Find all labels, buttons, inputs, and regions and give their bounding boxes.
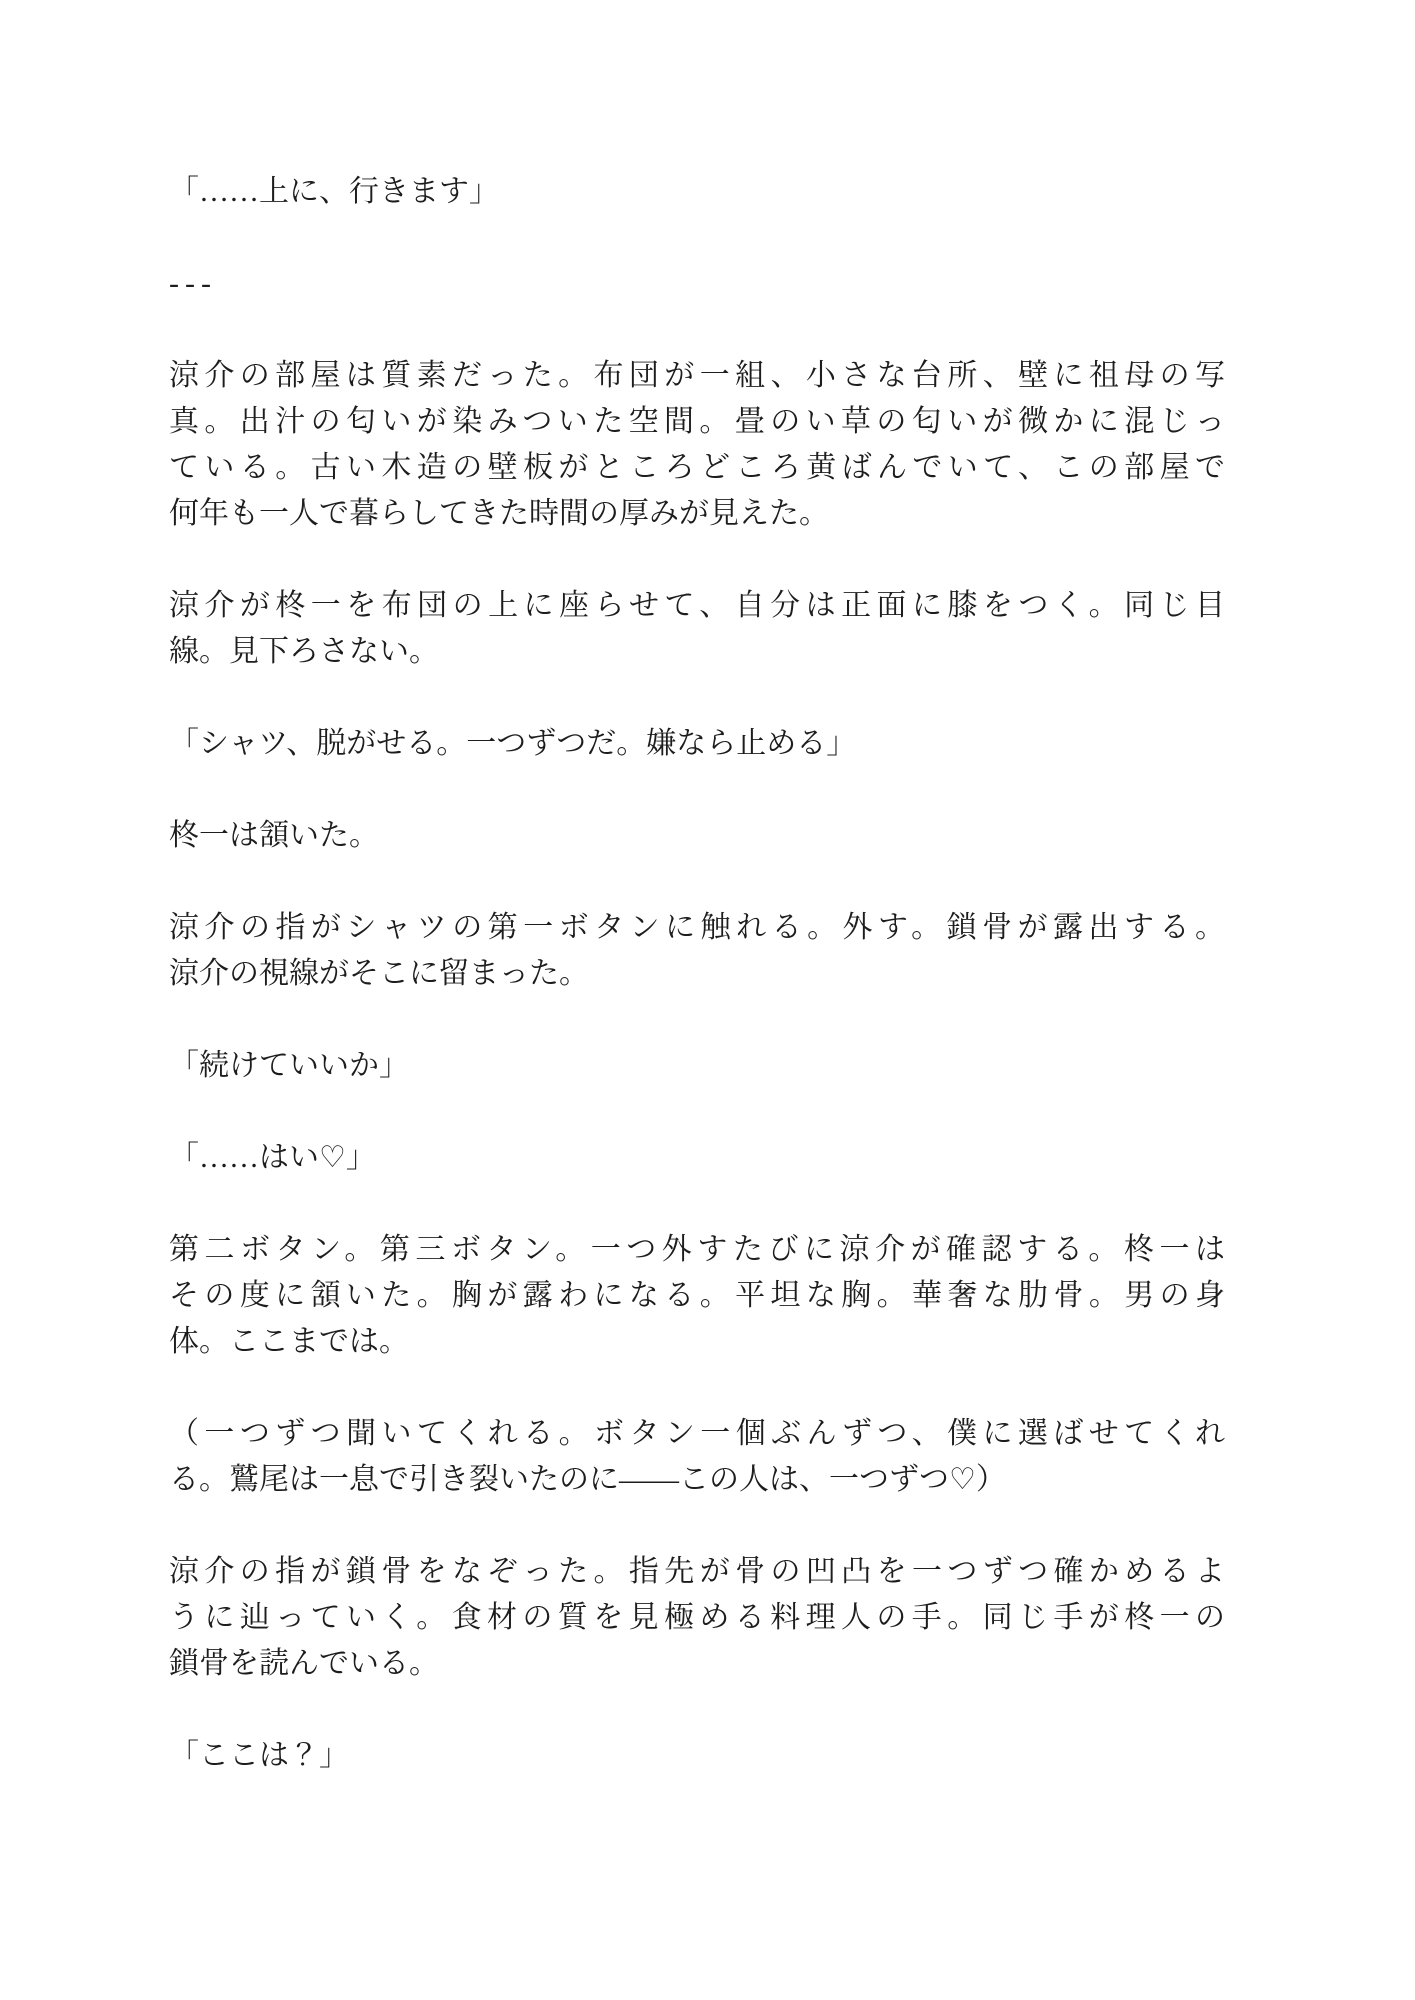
- text-line: 真。出汁の匂いが染みついた空間。畳のい草の匂いが微かに混じっ: [169, 399, 1225, 445]
- text-line: 涼介の指が鎖骨をなぞった。指先が骨の凹凸を一つずつ確かめるよ: [169, 1549, 1225, 1595]
- dialogue-line-2: 「シャツ、脱がせる。一つずつだ。嫌なら止める」: [169, 721, 1225, 767]
- text-line: 涼介の指がシャツの第一ボタンに触れる。外す。鎖骨が露出する。: [169, 905, 1225, 951]
- text-line: うに辿っていく。食材の質を見極める料理人の手。同じ手が柊一の: [169, 1595, 1225, 1641]
- dialogue-line-4: 「……はい♡」: [169, 1135, 1225, 1181]
- text-line: 鎖骨を読んでいる。: [169, 1641, 1225, 1687]
- text-line: その度に頷いた。胸が露わになる。平坦な胸。華奢な肋骨。男の身: [169, 1273, 1225, 1319]
- text-line: 「続けていいか」: [169, 1043, 1225, 1089]
- text-line: ---: [169, 261, 1225, 307]
- text-line: 「……はい♡」: [169, 1135, 1225, 1181]
- inner-monologue-paragraph: （一つずつ聞いてくれる。ボタン一個ぶんずつ、僕に選ばせてくれる。鷲尾は一息で引き…: [169, 1411, 1225, 1503]
- text-line: 何年も一人で暮らしてきた時間の厚みが見えた。: [169, 491, 1225, 537]
- text-line: （一つずつ聞いてくれる。ボタン一個ぶんずつ、僕に選ばせてくれ: [169, 1411, 1225, 1457]
- text-line: 「シャツ、脱がせる。一つずつだ。嫌なら止める」: [169, 721, 1225, 767]
- narrative-paragraph-5: 第二ボタン。第三ボタン。一つ外すたびに涼介が確認する。柊一はその度に頷いた。胸が…: [169, 1227, 1225, 1365]
- scene-separator: ---: [169, 261, 1225, 307]
- text-line: 涼介の部屋は質素だった。布団が一組、小さな台所、壁に祖母の写: [169, 353, 1225, 399]
- narrative-paragraph-3: 柊一は頷いた。: [169, 813, 1225, 859]
- text-line: ている。古い木造の壁板がところどころ黄ばんでいて、この部屋で: [169, 445, 1225, 491]
- text-line: 「ここは？」: [169, 1733, 1225, 1779]
- text-line: 柊一は頷いた。: [169, 813, 1225, 859]
- text-line: 第二ボタン。第三ボタン。一つ外すたびに涼介が確認する。柊一は: [169, 1227, 1225, 1273]
- dialogue-line-1: 「……上に、行きます」: [169, 169, 1225, 215]
- text-line: る。鷲尾は一息で引き裂いたのに——この人は、一つずつ♡）: [169, 1457, 1225, 1503]
- narrative-paragraph-4: 涼介の指がシャツの第一ボタンに触れる。外す。鎖骨が露出する。涼介の視線がそこに留…: [169, 905, 1225, 997]
- text-line: 涼介が柊一を布団の上に座らせて、自分は正面に膝をつく。同じ目: [169, 583, 1225, 629]
- dialogue-line-3: 「続けていいか」: [169, 1043, 1225, 1089]
- document-page: 「……上に、行きます」 --- 涼介の部屋は質素だった。布団が一組、小さな台所、…: [0, 0, 1415, 1779]
- narrative-paragraph-2: 涼介が柊一を布団の上に座らせて、自分は正面に膝をつく。同じ目線。見下ろさない。: [169, 583, 1225, 675]
- dialogue-line-5: 「ここは？」: [169, 1733, 1225, 1779]
- text-line: 涼介の視線がそこに留まった。: [169, 951, 1225, 997]
- text-line: 「……上に、行きます」: [169, 169, 1225, 215]
- narrative-paragraph-6: 涼介の指が鎖骨をなぞった。指先が骨の凹凸を一つずつ確かめるように辿っていく。食材…: [169, 1549, 1225, 1687]
- text-line: 体。ここまでは。: [169, 1319, 1225, 1365]
- narrative-paragraph-1: 涼介の部屋は質素だった。布団が一組、小さな台所、壁に祖母の写真。出汁の匂いが染み…: [169, 353, 1225, 537]
- text-line: 線。見下ろさない。: [169, 629, 1225, 675]
